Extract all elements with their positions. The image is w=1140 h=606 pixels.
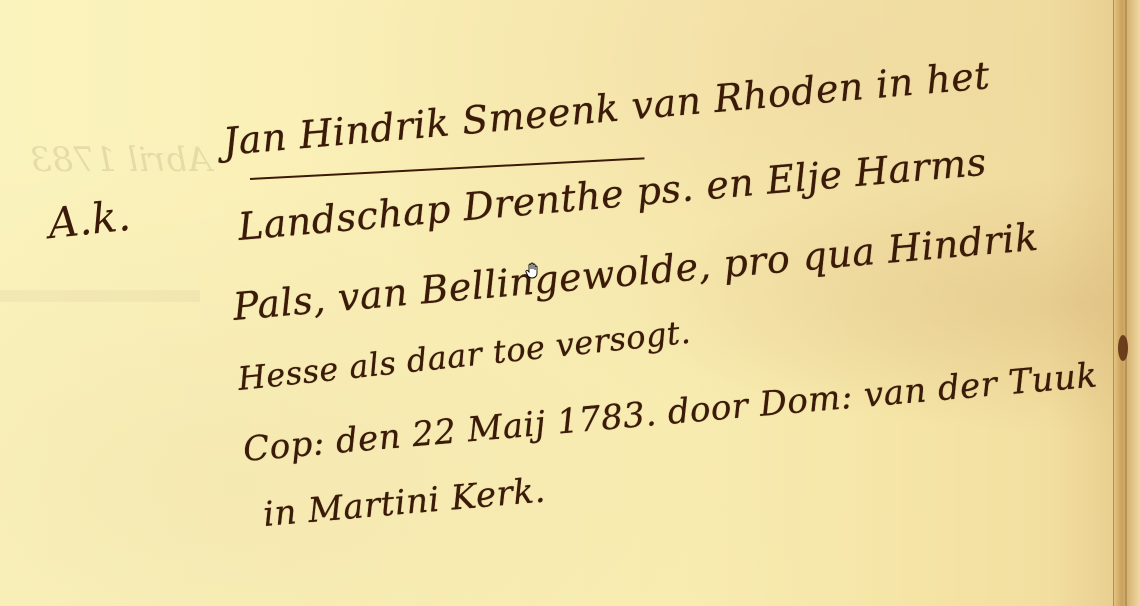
gutter-line (1125, 0, 1127, 606)
bleed-through-line (0, 290, 200, 302)
bleed-through-text: Abril 1783 (30, 140, 212, 180)
margin-note: A.k. (46, 191, 133, 248)
book-gutter (1113, 0, 1140, 606)
ink-blot (1118, 335, 1128, 361)
manuscript-page: Abril 1783 A.k. Jan Hindrik Smeenk van R… (0, 0, 1140, 606)
entry-line-6: in Martini Kerk. (262, 470, 548, 535)
entry-line-1: Jan Hindrik Smeenk van Rhoden in het (221, 53, 991, 164)
hand-pointer-icon (525, 262, 541, 280)
entry-line-4: Hesse als daar toe versogt. (236, 313, 693, 398)
